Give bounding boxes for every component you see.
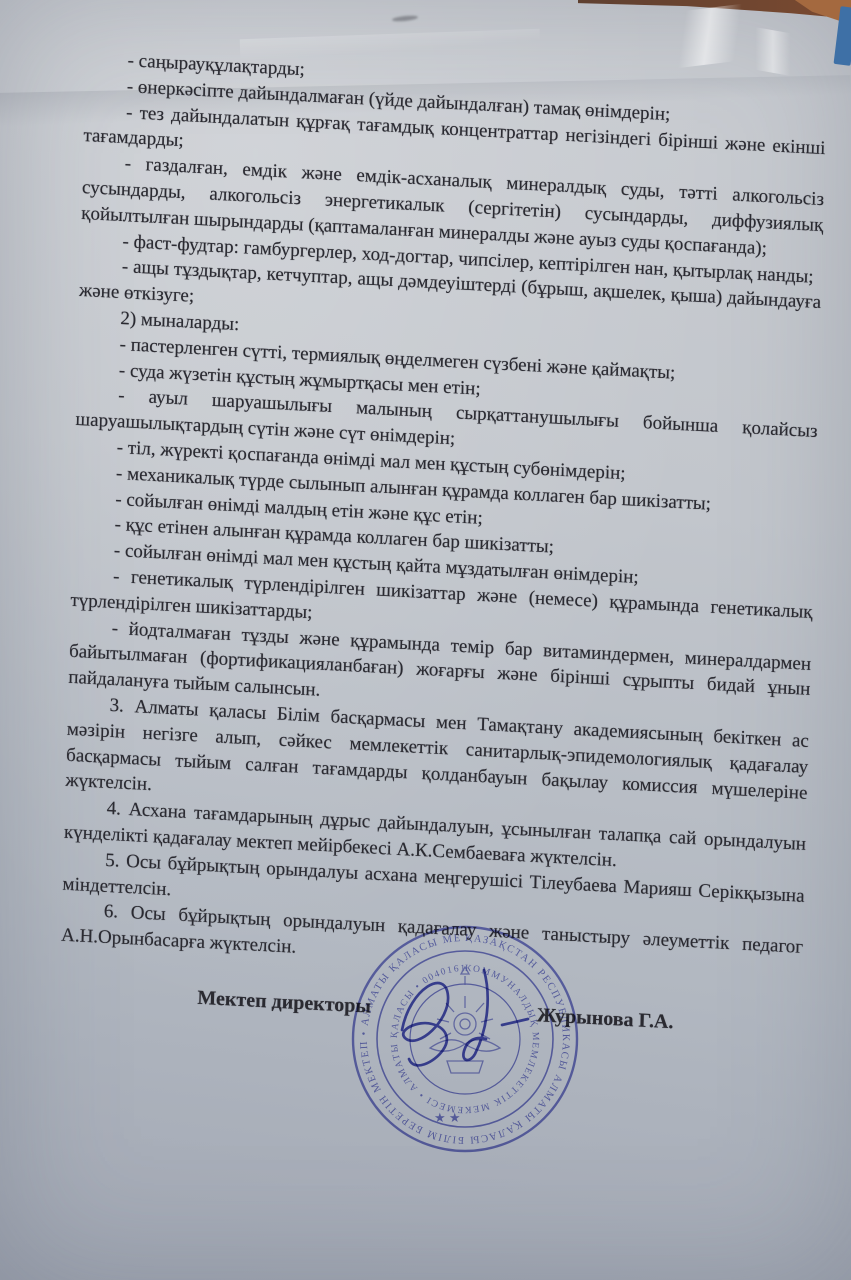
paper-sheet: - саңырауқұлақтарды;- өнеркәсіпте дайынд… bbox=[0, 0, 851, 1280]
document-body: - саңырауқұлақтарды;- өнеркәсіпте дайынд… bbox=[61, 46, 827, 987]
document-text: - саңырауқұлақтарды;- өнеркәсіпте дайынд… bbox=[59, 46, 827, 1043]
signature-scribble bbox=[372, 962, 552, 1092]
plastic-sheen bbox=[697, 18, 842, 84]
stamp-stars: ★ ★ bbox=[434, 1110, 461, 1125]
photographed-page: - саңырауқұлақтарды;- өнеркәсіпте дайынд… bbox=[0, 0, 851, 1280]
ink-smudge bbox=[392, 15, 418, 23]
